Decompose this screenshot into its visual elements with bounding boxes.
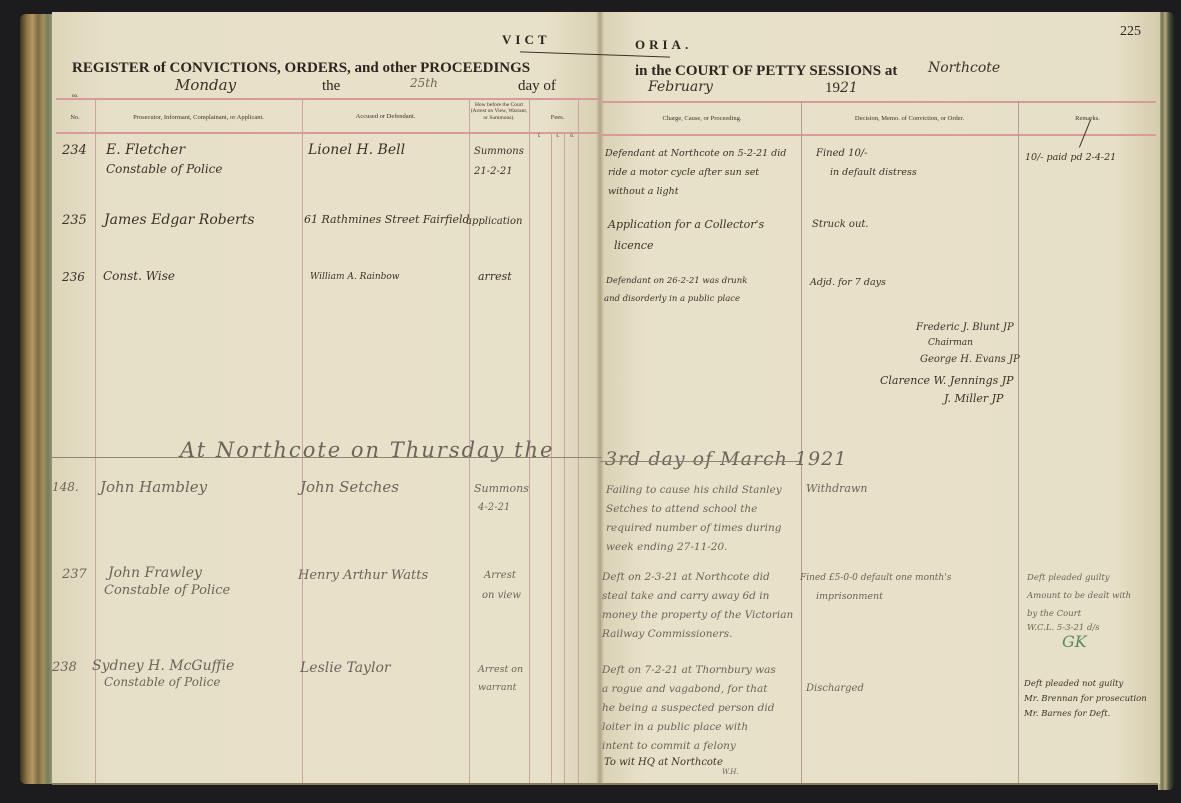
fees-pounds-label: £ <box>530 134 548 140</box>
prosecutor-name: John Hambley <box>100 478 207 496</box>
decision-text: Struck out. <box>812 219 869 230</box>
col-header-charge: Charge, Cause, or Proceeding. <box>604 115 800 122</box>
charge-line: without a light <box>608 186 679 197</box>
day-field: 25th <box>410 76 438 90</box>
prosecutor-title: Constable of Police <box>104 583 230 598</box>
remarks-initials-green: GK <box>1062 632 1087 651</box>
prosecutor-name: Const. Wise <box>103 269 175 283</box>
fees-pence-label: d. <box>566 134 578 140</box>
left-page-edges <box>20 14 56 784</box>
col-header-how-before-court: How before the Court (Arrest on View, Wa… <box>470 102 528 121</box>
decision-text: Discharged <box>806 683 864 694</box>
session-heading-right: 3rd day of March 1921 <box>605 448 847 470</box>
prosecutor-name: Sydney H. McGuffie <box>92 658 234 674</box>
remarks-line: Amount to be dealt with <box>1027 591 1131 601</box>
decision-text: Fined 10/- <box>816 148 868 159</box>
weekday-field: Monday <box>175 76 236 94</box>
col-divider-charge <box>801 101 802 784</box>
entry-no: 235 <box>62 213 87 228</box>
charge-line: intent to commit a felony <box>602 740 736 752</box>
label-the: the <box>322 78 340 95</box>
remarks-line: Deft pleaded guilty <box>1027 573 1110 583</box>
fees-shillings-label: s. <box>552 134 564 140</box>
col-divider-no <box>95 98 96 784</box>
charge-line: licence <box>614 239 653 252</box>
col-divider-decision <box>1018 101 1019 784</box>
decision-text: Withdrawn <box>806 482 868 495</box>
how-before-court: Arrest on <box>478 664 523 675</box>
charge-line: Failing to cause his child Stanley <box>606 484 782 496</box>
header-rule-bottom-left <box>56 132 600 134</box>
court-location: Northcote <box>928 60 1000 76</box>
remarks-line: Mr. Barnes for Deft. <box>1024 709 1110 719</box>
page-number: 225 <box>1120 24 1141 40</box>
remarks-line: Deft pleaded not guilty <box>1024 679 1123 689</box>
charge-line: steal take and carry away 6d in <box>602 590 769 602</box>
year-printed: 1921 <box>825 80 858 97</box>
signature-justice-3: Clarence W. Jennings JP <box>880 374 1014 387</box>
accused-name: Lionel H. Bell <box>308 142 405 158</box>
charge-line: money the property of the Victorian <box>602 609 793 621</box>
open-register-book: VICT ORIA. REGISTER of CONVICTIONS, ORDE… <box>0 0 1181 803</box>
entry-no: 148. <box>52 480 79 494</box>
decision-text: Adjd. for 7 days <box>810 277 886 288</box>
court-title: in the COURT OF PETTY SESSIONS at <box>635 63 897 80</box>
how-date: 4-2-21 <box>478 502 510 513</box>
prosecutor-name: James Edgar Roberts <box>104 212 255 228</box>
charge-line: To wit HQ at Northcote <box>604 757 723 768</box>
how-note: on view <box>482 590 521 601</box>
col-header-accused: Accused or Defendant. <box>303 113 468 120</box>
prosecutor-title: Constable of Police <box>106 162 223 176</box>
decision-text: Fined £5-0-0 default one month's <box>800 573 951 583</box>
remarks-line: by the Court <box>1027 609 1081 619</box>
charge-line: Defendant on 26-2-21 was drunk <box>606 276 747 286</box>
signature-justice-1: Frederic J. Blunt JP <box>916 322 1014 333</box>
charge-initials: W.H. <box>722 768 739 776</box>
year-written: 21 <box>840 80 858 96</box>
how-before-court: application <box>466 216 522 227</box>
accused-name: John Setches <box>300 478 399 496</box>
charge-line: ride a motor cycle after sun set <box>608 167 759 178</box>
session-underline-left <box>52 457 602 458</box>
charge-line: required number of times during <box>606 522 782 534</box>
col-header-fees: Fees. <box>530 114 585 121</box>
charge-line: a rogue and vagabond, for that <box>602 683 767 695</box>
charge-line: and disorderly in a public place <box>604 294 740 304</box>
accused-address: 61 Rathmines Street Fairfield <box>304 213 470 226</box>
how-before-court: Summons <box>474 482 529 495</box>
title-fragment-vict: VICT <box>502 32 551 48</box>
prosecutor-title: Constable of Police <box>104 675 221 689</box>
entry-no: 236 <box>62 270 85 284</box>
right-page-edges <box>1158 12 1174 790</box>
col-header-decision: Decision, Memo. of Conviction, or Order. <box>802 115 1017 122</box>
charge-line: Application for a Collector's <box>608 218 764 231</box>
col-header-prosecutor: Prosecutor, Informant, Complainant, or A… <box>96 114 301 121</box>
how-date: 21-2-21 <box>474 166 513 177</box>
decision-text: in default distress <box>830 167 917 178</box>
signature-justice-4: J. Miller JP <box>944 392 1003 405</box>
prosecutor-name: John Frawley <box>108 565 202 581</box>
bottom-page-edge <box>52 783 1158 785</box>
session-heading-left: At Northcote on Thursday the <box>180 438 555 462</box>
entry-no: 237 <box>62 567 87 582</box>
accused-name: Henry Arthur Watts <box>298 568 428 583</box>
charge-line: week ending 27-11-20. <box>606 541 728 553</box>
title-fragment-oria: ORIA. <box>635 37 692 53</box>
col-header-remarks: Remarks. <box>1019 115 1156 122</box>
signature-title-chairman: Chairman <box>928 338 973 348</box>
charge-line: he being a suspected person did <box>602 702 774 714</box>
charge-line: Deft on 7-2-21 at Thornbury was <box>602 664 776 676</box>
accused-name: Leslie Taylor <box>300 660 391 676</box>
month-field: February <box>648 79 713 95</box>
accused-name: William A. Rainbow <box>310 272 400 282</box>
entry-no: 234 <box>62 143 87 158</box>
col-divider-fees-2 <box>564 132 565 784</box>
how-before-court: arrest <box>478 270 512 283</box>
signature-justice-2: George H. Evans JP <box>920 354 1020 365</box>
charge-line: Defendant at Northcote on 5-2-21 did <box>605 148 786 159</box>
header-rule-bottom-right <box>600 134 1156 136</box>
prosecutor-name: E. Fletcher <box>106 142 185 158</box>
label-day-of: day of <box>518 78 556 95</box>
col-divider-fees-3 <box>578 98 579 784</box>
header-rule-top-right <box>600 101 1156 103</box>
entry-no: 238 <box>52 660 77 675</box>
charge-line: Deft on 2-3-21 at Northcote did <box>602 571 770 583</box>
col-header-no: No. <box>56 114 94 121</box>
charge-line: Railway Commissioners. <box>602 628 732 640</box>
charge-line: loiter in a public place with <box>602 721 748 733</box>
header-rule-top-left <box>56 98 600 100</box>
remarks-line: Mr. Brennan for prosecution <box>1024 694 1147 704</box>
register-title: REGISTER of CONVICTIONS, ORDERS, and oth… <box>72 60 530 77</box>
how-before-court: Summons <box>474 146 524 157</box>
how-before-court: Arrest <box>484 570 516 581</box>
remarks-text: 10/- paid pd 2-4-21 <box>1025 152 1116 163</box>
charge-line: Setches to attend school the <box>606 503 757 515</box>
session-underline-right <box>600 461 800 462</box>
how-note: warrant <box>478 682 516 693</box>
decision-text: imprisonment <box>816 591 883 602</box>
